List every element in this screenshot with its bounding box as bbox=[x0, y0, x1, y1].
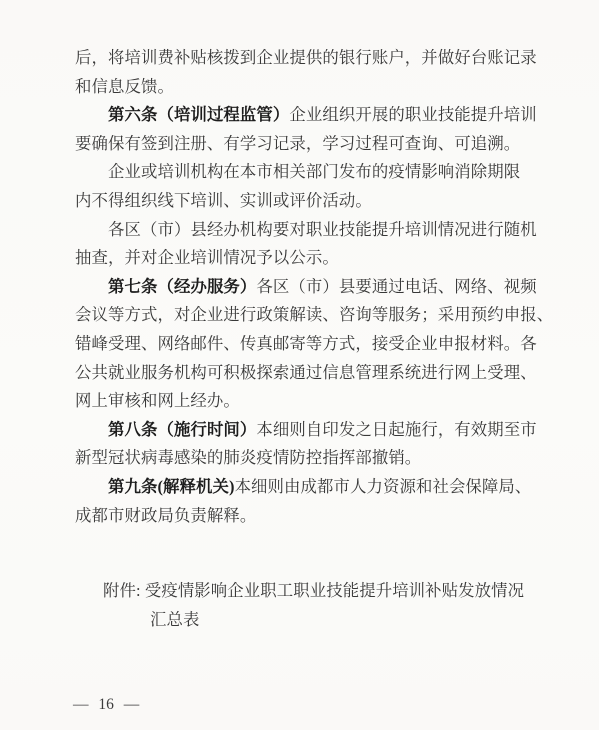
line-text: 企业组织开展的职业技能提升培训 bbox=[289, 105, 536, 124]
line-text: 成都市财政局负责解释。 bbox=[75, 506, 256, 525]
text-line-article-7: 第七条（经办服务）各区（市）县要通过电话、网络、视频 bbox=[75, 273, 549, 302]
article-heading: 第六条（培训过程监管） bbox=[108, 105, 289, 124]
text-line: 各区（市）县经办机构要对职业技能提升培训情况进行随机 bbox=[75, 216, 549, 245]
attachment-line: 附件: 受疫情影响企业职工职业技能提升培训补贴发放情况 bbox=[75, 577, 549, 606]
text-line: 抽查，并对企业培训情况予以公示。 bbox=[75, 244, 549, 273]
text-line: 要确保有签到注册、有学习记录，学习过程可查询、可追溯。 bbox=[75, 130, 549, 159]
attachment-line: 汇总表 bbox=[75, 606, 549, 635]
text-line: 新型冠状病毒感染的肺炎疫情防控指挥部撤销。 bbox=[75, 444, 549, 473]
text-line: 错峰受理、网络邮件、传真邮寄等方式，接受企业申报材料。各 bbox=[75, 330, 549, 359]
line-text: 各区（市）县要通过电话、网络、视频 bbox=[256, 277, 536, 296]
line-text: 本细则由成都市人力资源和社会保障局、 bbox=[235, 477, 532, 496]
line-text: 抽查，并对企业培训情况予以公示。 bbox=[75, 248, 339, 267]
line-text: 错峰受理、网络邮件、传真邮寄等方式，接受企业申报材料。各 bbox=[75, 334, 537, 353]
article-heading: 第九条(解释机关) bbox=[108, 477, 235, 496]
document-page: 后，将培训费补贴核拨到企业提供的银行账户，并做好台账记录 和信息反馈。 第六条（… bbox=[0, 0, 599, 730]
line-text: 后，将培训费补贴核拨到企业提供的银行账户，并做好台账记录 bbox=[75, 48, 537, 67]
text-line: 公共就业服务机构可积极探索通过信息管理系统进行网上受理、 bbox=[75, 359, 549, 388]
line-text: 会议等方式，对企业进行政策解读、咨询等服务；采用预约申报、 bbox=[75, 305, 553, 324]
article-heading: 第七条（经办服务） bbox=[108, 277, 256, 296]
line-text: 要确保有签到注册、有学习记录，学习过程可查询、可追溯。 bbox=[75, 134, 520, 153]
line-text: 新型冠状病毒感染的肺炎疫情防控指挥部撤销。 bbox=[75, 448, 421, 467]
text-line-article-6: 第六条（培训过程监管）企业组织开展的职业技能提升培训 bbox=[75, 101, 549, 130]
page-number: — 16 — bbox=[73, 696, 139, 714]
line-text: 内不得组织线下培训、实训或评价活动。 bbox=[75, 191, 372, 210]
text-line: 内不得组织线下培训、实训或评价活动。 bbox=[75, 187, 549, 216]
article-heading: 第八条（施行时间） bbox=[108, 420, 256, 439]
attachment-text: 汇总表 bbox=[150, 610, 199, 629]
line-text: 和信息反馈。 bbox=[75, 77, 174, 96]
line-text: 网上审核和网上经办。 bbox=[75, 391, 240, 410]
line-text: 公共就业服务机构可积极探索通过信息管理系统进行网上受理、 bbox=[75, 363, 537, 382]
document-body: 后，将培训费补贴核拨到企业提供的银行账户，并做好台账记录 和信息反馈。 第六条（… bbox=[75, 44, 549, 634]
text-line-article-8: 第八条（施行时间）本细则自印发之日起施行，有效期至市 bbox=[75, 416, 549, 445]
text-line-article-9: 第九条(解释机关)本细则由成都市人力资源和社会保障局、 bbox=[75, 473, 549, 502]
text-line: 企业或培训机构在本市相关部门发布的疫情影响消除期限 bbox=[75, 158, 549, 187]
text-line: 会议等方式，对企业进行政策解读、咨询等服务；采用预约申报、 bbox=[75, 301, 549, 330]
attachment-text: 附件: 受疫情影响企业职工职业技能提升培训补贴发放情况 bbox=[103, 581, 524, 600]
text-line: 后，将培训费补贴核拨到企业提供的银行账户，并做好台账记录 bbox=[75, 44, 549, 73]
text-line: 网上审核和网上经办。 bbox=[75, 387, 549, 416]
line-text: 各区（市）县经办机构要对职业技能提升培训情况进行随机 bbox=[108, 220, 537, 239]
line-text: 本细则自印发之日起施行，有效期至市 bbox=[256, 420, 536, 439]
line-text: 企业或培训机构在本市相关部门发布的疫情影响消除期限 bbox=[108, 162, 520, 181]
text-line: 成都市财政局负责解释。 bbox=[75, 502, 549, 531]
text-line: 和信息反馈。 bbox=[75, 73, 549, 102]
